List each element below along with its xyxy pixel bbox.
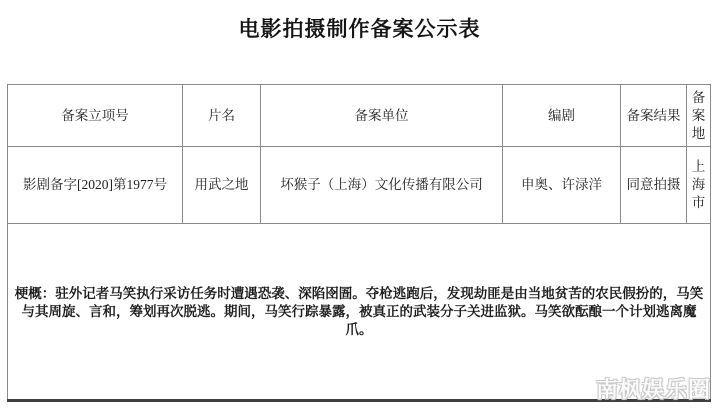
cell-registration-number: 影剧备字[2020]第1977号 (8, 147, 183, 224)
cell-registration-result: 同意拍摄 (621, 147, 687, 224)
table-row: 影剧备字[2020]第1977号 用武之地 坏猴子（上海）文化传播有限公司 申奥… (8, 147, 711, 224)
cell-registration-unit: 坏猴子（上海）文化传播有限公司 (261, 147, 503, 224)
header-film-title: 片名 (183, 85, 261, 147)
cell-registration-place: 上海市 (687, 147, 711, 224)
synopsis-row: 梗概：驻外记者马笑执行采访任务时遭遇恐袭、深陷囹圄。夺枪逃跑后，发现劫匪是由当地… (8, 224, 711, 401)
table-header-row: 备案立项号 片名 备案单位 编剧 备案结果 备案地 (8, 85, 711, 147)
header-registration-unit: 备案单位 (261, 85, 503, 147)
cell-screenwriters: 申奥、许渌洋 (503, 147, 621, 224)
cell-film-title: 用武之地 (183, 147, 261, 224)
synopsis-text: 梗概：驻外记者马笑执行采访任务时遭遇恐袭、深陷囹圄。夺枪逃跑后，发现劫匪是由当地… (8, 224, 711, 401)
registration-table: 备案立项号 片名 备案单位 编剧 备案结果 备案地 影剧备字[2020]第197… (7, 84, 711, 402)
header-registration-number: 备案立项号 (8, 85, 183, 147)
header-registration-place: 备案地 (687, 85, 711, 147)
header-registration-result: 备案结果 (621, 85, 687, 147)
header-screenwriters: 编剧 (503, 85, 621, 147)
page-title: 电影拍摄制作备案公示表 (0, 13, 719, 43)
